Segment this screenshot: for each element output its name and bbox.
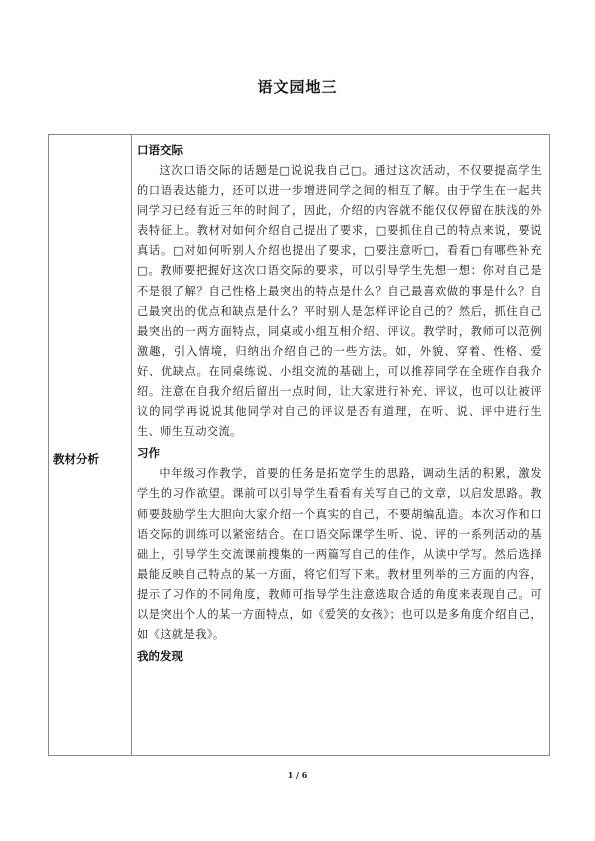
row-label: 教材分析 [53,451,99,467]
section-writing: 习作 中年级习作教学，首要的任务是拓宽学生的思路，调动生活的积累，激发学生的习作… [137,444,542,645]
section-my-discovery: 我的发现 [137,647,542,665]
section-paragraph: 中年级习作教学，首要的任务是拓宽学生的思路，调动生活的积累，激发学生的习作欲望。… [137,464,542,645]
section-oral-communication: 口语交际 这次口语交际的话题是□说说我自己□。通过这次活动，不仅要提高学生的口语… [137,141,542,442]
page-title: 语文园地三 [0,76,595,97]
section-paragraph: 这次口语交际的话题是□说说我自己□。通过这次活动，不仅要提高学生的口语表达能力，… [137,161,542,442]
section-heading: 我的发现 [137,647,542,665]
page-number: 1 / 6 [0,770,595,780]
analysis-table: 教材分析 口语交际 这次口语交际的话题是□说说我自己□。通过这次活动，不仅要提高… [48,134,550,756]
content-cell: 口语交际 这次口语交际的话题是□说说我自己□。通过这次活动，不仅要提高学生的口语… [132,135,549,755]
section-heading: 习作 [137,444,542,462]
row-label-cell: 教材分析 [49,135,132,755]
section-heading: 口语交际 [137,141,542,159]
